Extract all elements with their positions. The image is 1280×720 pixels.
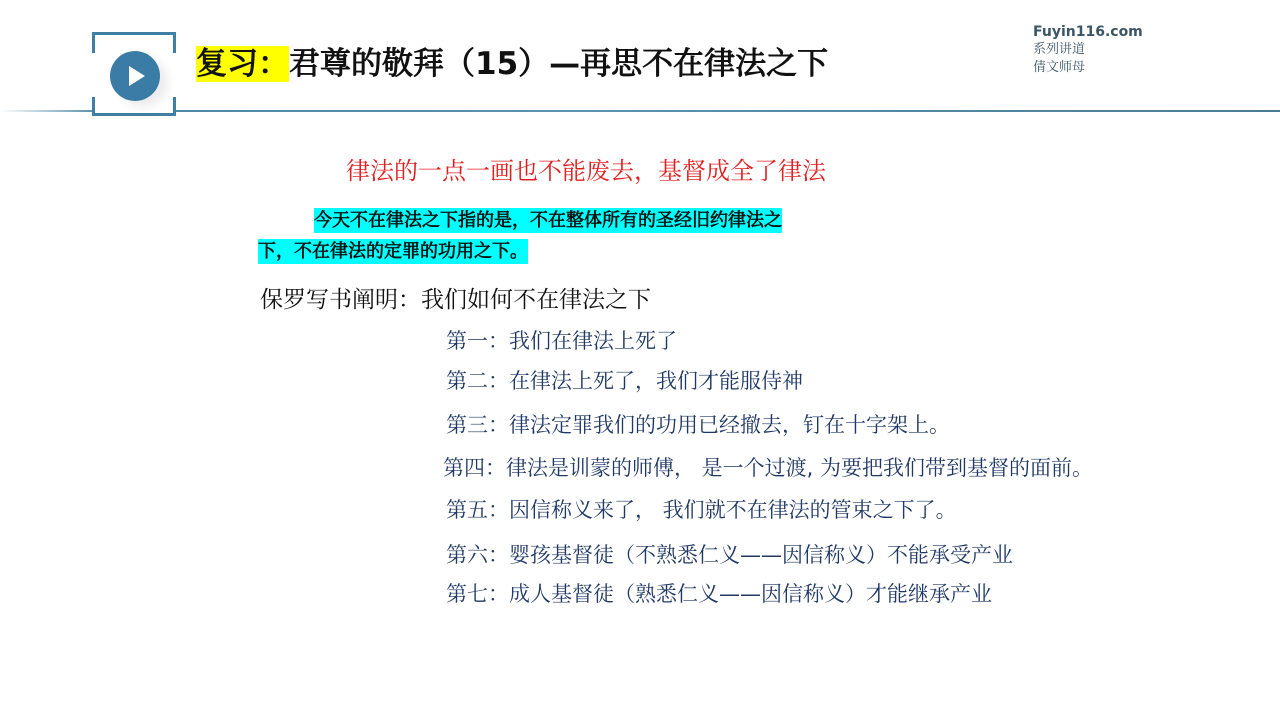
quote-line-1: 今天不在律法之下指的是，不在整体所有的圣经旧约律法之 <box>314 208 782 233</box>
list-item: 第四：律法是训蒙的师傅， 是一个过渡, 为要把我们带到基督的面前。 <box>443 452 1093 482</box>
quote-line-2: 下，不在律法的定罪的功用之下。 <box>258 239 528 264</box>
list-item: 第六：婴孩基督徒（不熟悉仁义——因信称义）不能承受产业 <box>446 539 1013 569</box>
list-item: 第一：我们在律法上死了 <box>446 325 677 355</box>
play-icon[interactable] <box>110 51 160 101</box>
brand-block: Fuyin116.com 系列讲道 倩文师母 <box>1033 23 1143 77</box>
section-heading: 保罗写书阐明：我们如何不在律法之下 <box>260 281 651 314</box>
title-text: 君尊的敬拜（15）—再思不在律法之下 <box>289 46 828 82</box>
list-item: 第五：因信称义来了， 我们就不在律法的管束之下了。 <box>446 494 957 524</box>
highlighted-quote: 今天不在律法之下指的是，不在整体所有的圣经旧约律法之 下，不在律法的定罪的功用之… <box>258 205 1018 267</box>
header-divider <box>0 110 1280 112</box>
list-item: 第七：成人基督徒（熟悉仁义——因信称义）才能继承产业 <box>446 578 992 608</box>
brand-series: 系列讲道 <box>1033 41 1143 59</box>
list-item: 第二：在律法上死了，我们才能服侍神 <box>446 365 803 395</box>
list-item: 第三：律法定罪我们的功用已经撤去，钉在十字架上。 <box>446 409 950 439</box>
subtitle: 律法的一点一画也不能废去，基督成全了律法 <box>346 151 826 186</box>
brand-author: 倩文师母 <box>1033 59 1143 77</box>
brand-site: Fuyin116.com <box>1033 23 1143 41</box>
page-title: 复习：君尊的敬拜（15）—再思不在律法之下 <box>196 44 828 84</box>
title-highlight: 复习： <box>196 46 289 82</box>
